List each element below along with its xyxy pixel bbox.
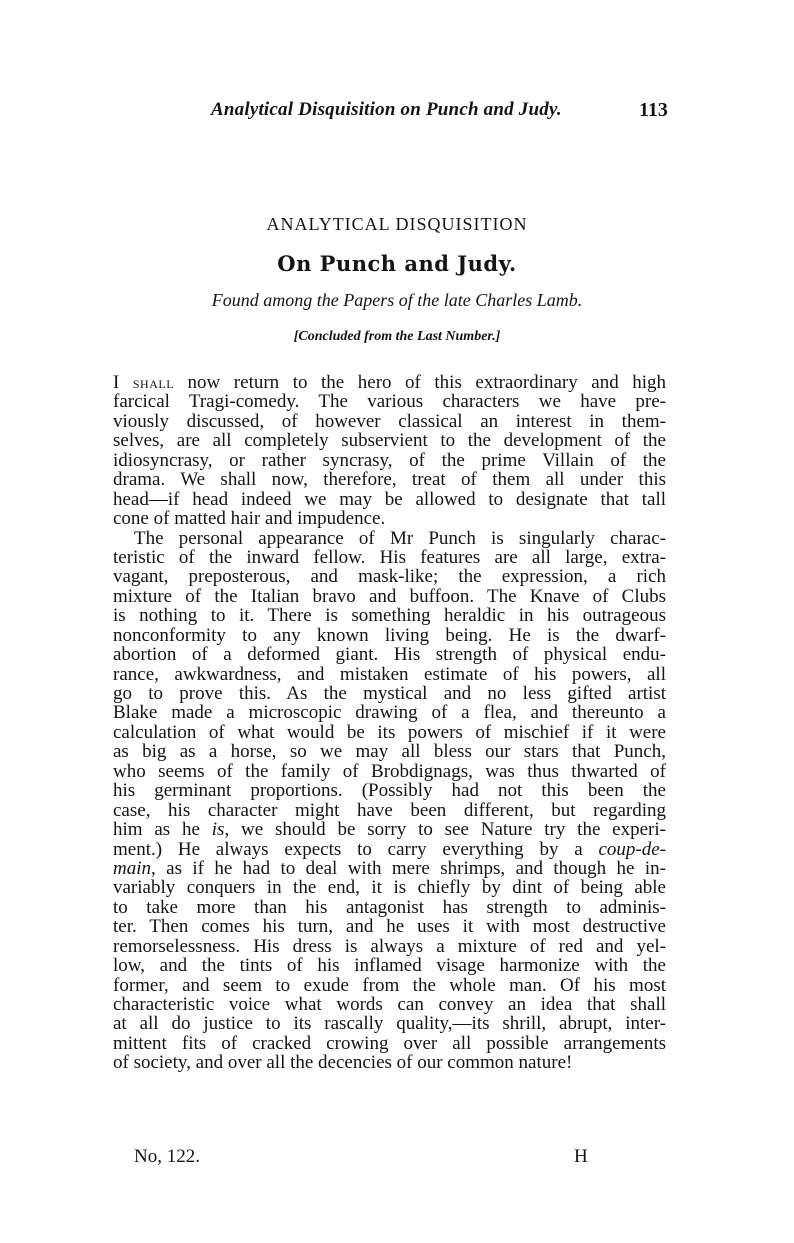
article-subtitle: On Punch and Judy. xyxy=(0,251,794,276)
body-line: is nothing to it. There is something her… xyxy=(113,606,666,625)
body-line: to take more than his antagonist has str… xyxy=(113,898,666,917)
body-line: ter. Then comes his turn, and he uses it… xyxy=(113,917,666,936)
body-line: drama. We shall now, therefore, treat of… xyxy=(113,470,666,489)
body-line: ment.) He always expects to carry everyt… xyxy=(113,840,666,859)
body-line: viously discussed, of however classical … xyxy=(113,412,666,431)
continuation-note-text: [Concluded from the Last Number.] xyxy=(294,329,501,344)
body-line: I shall now return to the hero of this e… xyxy=(113,373,666,392)
body-line: Blake made a microscopic drawing of a fl… xyxy=(113,703,666,722)
page-number: 113 xyxy=(639,99,668,122)
italic-phrase: coup-de- xyxy=(598,839,666,860)
drop-word: I xyxy=(113,372,119,393)
page-footer: No, 122. H xyxy=(134,1146,594,1168)
smallcaps-word: shall xyxy=(133,373,174,392)
body-line: calculation of what would be its powers … xyxy=(113,723,666,742)
running-head-title: Analytical Disquisition on Punch and Jud… xyxy=(211,99,562,121)
body-line: cone of matted hair and impudence. xyxy=(113,509,666,528)
issue-number: No, 122. xyxy=(134,1146,200,1167)
article-byline: Found among the Papers of the late Charl… xyxy=(0,290,794,311)
body-line: teristic of the inward fellow. His featu… xyxy=(113,548,666,567)
body-line: mittent fits of cracked crowing over all… xyxy=(113,1034,666,1053)
body-line: head—if head indeed we may be allowed to… xyxy=(113,490,666,509)
body-line: farcical Tragi-comedy. The various chara… xyxy=(113,392,666,411)
body-line: at all do justice to its rascally qualit… xyxy=(113,1014,666,1033)
body-line: abortion of a deformed giant. His streng… xyxy=(113,645,666,664)
body-line: remorselessness. His dress is always a m… xyxy=(113,937,666,956)
body-line: go to prove this. As the mystical and no… xyxy=(113,684,666,703)
article-body: I shall now return to the hero of this e… xyxy=(113,373,666,1073)
italic-phrase: main xyxy=(113,858,151,879)
body-line: vagant, preposterous, and mask-like; the… xyxy=(113,567,666,586)
body-line: him as he is, we should be sorry to see … xyxy=(113,820,666,839)
body-line: mixture of the Italian bravo and buffoon… xyxy=(113,587,666,606)
body-line: idiosyncrasy, or rather syncrasy, of the… xyxy=(113,451,666,470)
body-line: The personal appearance of Mr Punch is s… xyxy=(113,529,666,548)
body-line: who seems of the family of Brobdignags, … xyxy=(113,762,666,781)
article-title: ANALYTICAL DISQUISITION xyxy=(0,214,794,235)
body-line: low, and the tints of his inflamed visag… xyxy=(113,956,666,975)
body-line: variably conquers in the end, it is chie… xyxy=(113,878,666,897)
italic-word: is xyxy=(212,819,225,840)
body-line: of society, and over all the decencies o… xyxy=(113,1053,666,1072)
body-line: rance, awkwardness, and mistaken estimat… xyxy=(113,665,666,684)
body-line: selves, are all completely subservient t… xyxy=(113,431,666,450)
body-line: his germinant proportions. (Possibly had… xyxy=(113,781,666,800)
body-line: case, his character might have been diff… xyxy=(113,801,666,820)
continuation-note: [Concluded from the Last Number.] xyxy=(0,329,794,345)
body-line: nonconformity to any known living being.… xyxy=(113,626,666,645)
body-line: main, as if he had to deal with mere shr… xyxy=(113,859,666,878)
body-line: as big as a horse, so we may all bless o… xyxy=(113,742,666,761)
book-page: Analytical Disquisition on Punch and Jud… xyxy=(0,0,794,1243)
signature-mark: H xyxy=(574,1146,588,1168)
body-line: former, and seem to exude from the whole… xyxy=(113,976,666,995)
body-line: characteristic voice what words can conv… xyxy=(113,995,666,1014)
